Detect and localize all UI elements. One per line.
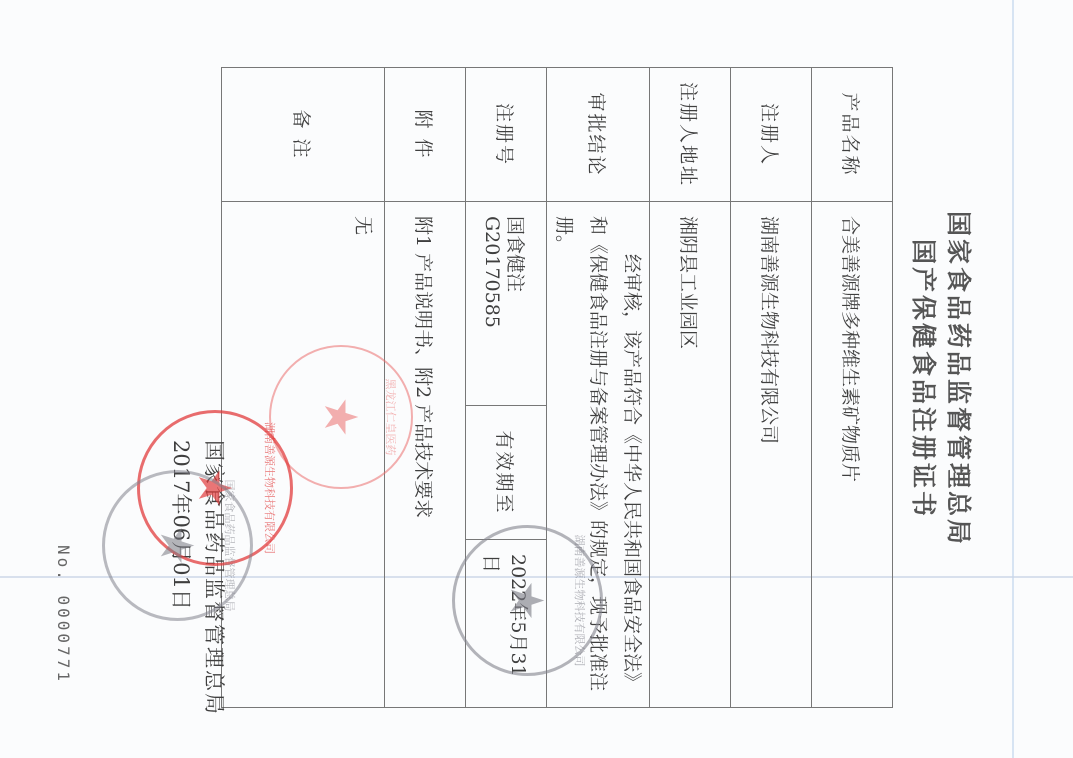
label-registrant: 注册人 <box>731 68 812 202</box>
value-product-name: 合美善源牌多种维生素矿物质片 <box>812 202 893 708</box>
star-icon: ★ <box>155 525 201 566</box>
serial-number: No. 0000771 <box>54 545 73 684</box>
label-remarks: 备 注 <box>222 68 385 202</box>
value-registrant-address: 湘阴县工业园区 <box>650 202 731 708</box>
star-icon: ★ <box>505 580 551 621</box>
label-registrant-address: 注册人地址 <box>650 68 731 202</box>
red-seal-secondary: 黑龙江仁皇医药 ★ <box>269 345 413 489</box>
label-attachments: 附 件 <box>385 68 466 202</box>
table-row: 产品名称 合美善源牌多种维生素矿物质片 <box>812 68 893 708</box>
value-registrant: 湖南善源生物科技有限公司 <box>731 202 812 708</box>
value-registration-number: 国食健注G20170585 <box>466 202 547 406</box>
table-row: 注册人地址 湘阴县工业园区 <box>650 68 731 708</box>
certificate-title: 国产保健食品注册证书 <box>907 0 943 758</box>
issuing-authority-title: 国家食品药品监督管理总局 <box>942 0 978 758</box>
star-icon: ★ <box>318 396 364 437</box>
gray-seal-company: 湖南善源生物科技有限公司 ★ <box>452 525 603 676</box>
label-approval-conclusion: 审批结论 <box>547 68 650 202</box>
label-valid-until: 有效期至 <box>466 406 547 540</box>
label-product-name: 产品名称 <box>812 68 893 202</box>
label-registration-number: 注册号 <box>466 68 547 202</box>
certificate-document: 国家食品药品监督管理总局 国产保健食品注册证书 产品名称 合美善源牌多种维生素矿… <box>0 0 1073 758</box>
table-row: 注册人 湖南善源生物科技有限公司 <box>731 68 812 708</box>
gray-seal-official: 国家食品药品监督管理总局 ★ <box>102 470 253 621</box>
